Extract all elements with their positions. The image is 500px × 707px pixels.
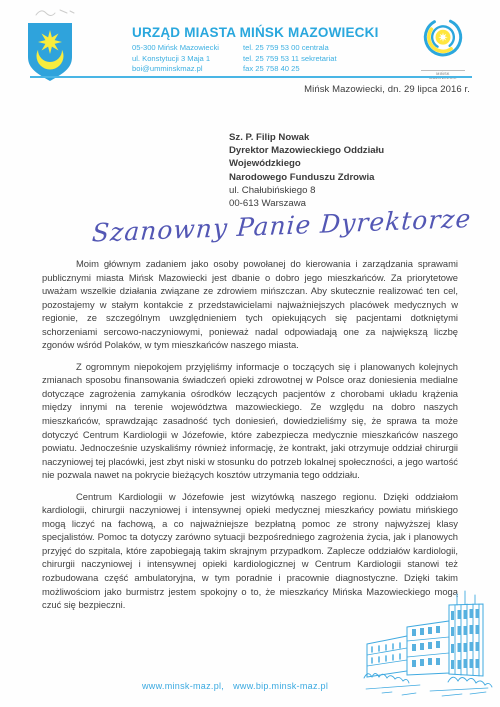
recipient-title: Wojewódzkiego (229, 157, 384, 170)
phone-block: tel. 25 759 53 00 centrala tel. 25 759 5… (243, 43, 393, 75)
recipient-organization: Narodowego Funduszu Zdrowia (229, 171, 384, 184)
city-brand-logo: MIŃSK MAZOWIECKI (421, 12, 465, 81)
email-line: boi@umminskmaz.pl (132, 64, 243, 75)
recipient-title: Dyrektor Mazowieckiego Oddziału (229, 144, 384, 157)
address-line: 05-300 Mińsk Mazowiecki (132, 43, 243, 54)
letter-body: Moim głównym zadaniem jako osoby powołan… (42, 257, 458, 620)
header-divider (30, 76, 472, 78)
pencil-mark (34, 6, 76, 20)
city-brand-logo-icon (421, 12, 465, 64)
city-coat-of-arms-icon (26, 21, 74, 83)
address-line: ul. Konstytucji 3 Maja 1 (132, 54, 243, 65)
handwritten-salutation: Szanowny Panie Dyrektorze (91, 205, 433, 247)
bip-website-url: www.bip.minsk-maz.pl (233, 681, 328, 691)
letter-page: URZĄD MIASTA MIŃSK MAZOWIECKI 05-300 Miń… (0, 0, 500, 707)
paragraph: Moim głównym zadaniem jako osoby powołan… (42, 257, 458, 352)
letterhead: URZĄD MIASTA MIŃSK MAZOWIECKI 05-300 Miń… (132, 25, 412, 75)
date-line: Mińsk Mazowiecki, dn. 29 lipca 2016 r. (304, 84, 470, 95)
fax-line: fax 25 758 40 25 (243, 64, 393, 75)
phone-line: tel. 25 759 53 00 centrala (243, 43, 393, 54)
recipient-block: Sz. P. Filip Nowak Dyrektor Mazowieckieg… (229, 131, 384, 210)
address-block: 05-300 Mińsk Mazowiecki ul. Konstytucji … (132, 43, 243, 75)
footer-links: www.minsk-maz.pl,www.bip.minsk-maz.pl (142, 681, 337, 691)
phone-line: tel. 25 759 53 11 sekretariat (243, 54, 393, 65)
recipient-name: Sz. P. Filip Nowak (229, 131, 384, 144)
paragraph: Z ogromnym niepokojem przyjęliśmy inform… (42, 360, 458, 482)
website-url: www.minsk-maz.pl, (142, 681, 224, 691)
organization-name: URZĄD MIASTA MIŃSK MAZOWIECKI (132, 25, 412, 40)
recipient-street: ul. Chałubińskiego 8 (229, 184, 384, 197)
building-sketch (362, 589, 494, 703)
